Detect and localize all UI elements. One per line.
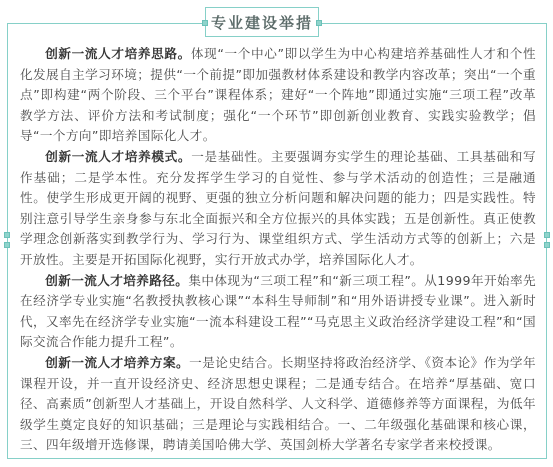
right-frame-marker-icon: [544, 242, 550, 248]
title-right-marker-icon: [316, 20, 322, 26]
paragraph-lead: 创新一流人才培养思路。: [45, 46, 191, 61]
paragraph-lead: 创新一流人才培养模式。: [45, 149, 191, 164]
paragraph-lead: 创新一流人才培养方案。: [45, 355, 189, 370]
article-body: 创新一流人才培养思路。体现“一个中心”即以学生为中心构建培养基础性人才和个性化发…: [20, 44, 536, 456]
paragraph-body: 一是基础性。主要强调夯实学生的理论基础、工具基础和写作基础；二是学本性。充分发挥…: [20, 149, 536, 267]
paragraph-lead: 创新一流人才培养路径。: [45, 273, 188, 288]
section-title-box: 专业建设举措: [205, 7, 319, 37]
right-frame-marker-icon: [544, 232, 550, 238]
left-frame-marker-icon: [4, 242, 10, 248]
paragraph-talent-model: 创新一流人才培养模式。一是基础性。主要强调夯实学生的理论基础、工具基础和写作基础…: [20, 147, 536, 271]
paragraph-talent-plan: 创新一流人才培养方案。一是论史结合。长期坚持将政治经济学、《资本论》作为学年课程…: [20, 353, 536, 456]
paragraph-talent-thinking: 创新一流人才培养思路。体现“一个中心”即以学生为中心构建培养基础性人才和个性化发…: [20, 44, 536, 147]
title-left-marker-icon: [202, 20, 208, 26]
left-frame-marker-icon: [4, 232, 10, 238]
paragraph-talent-path: 创新一流人才培养路径。集中体现为“三项工程”和“新三项工程”。从1999年开始率…: [20, 271, 536, 353]
section-title: 专业建设举措: [211, 12, 313, 33]
